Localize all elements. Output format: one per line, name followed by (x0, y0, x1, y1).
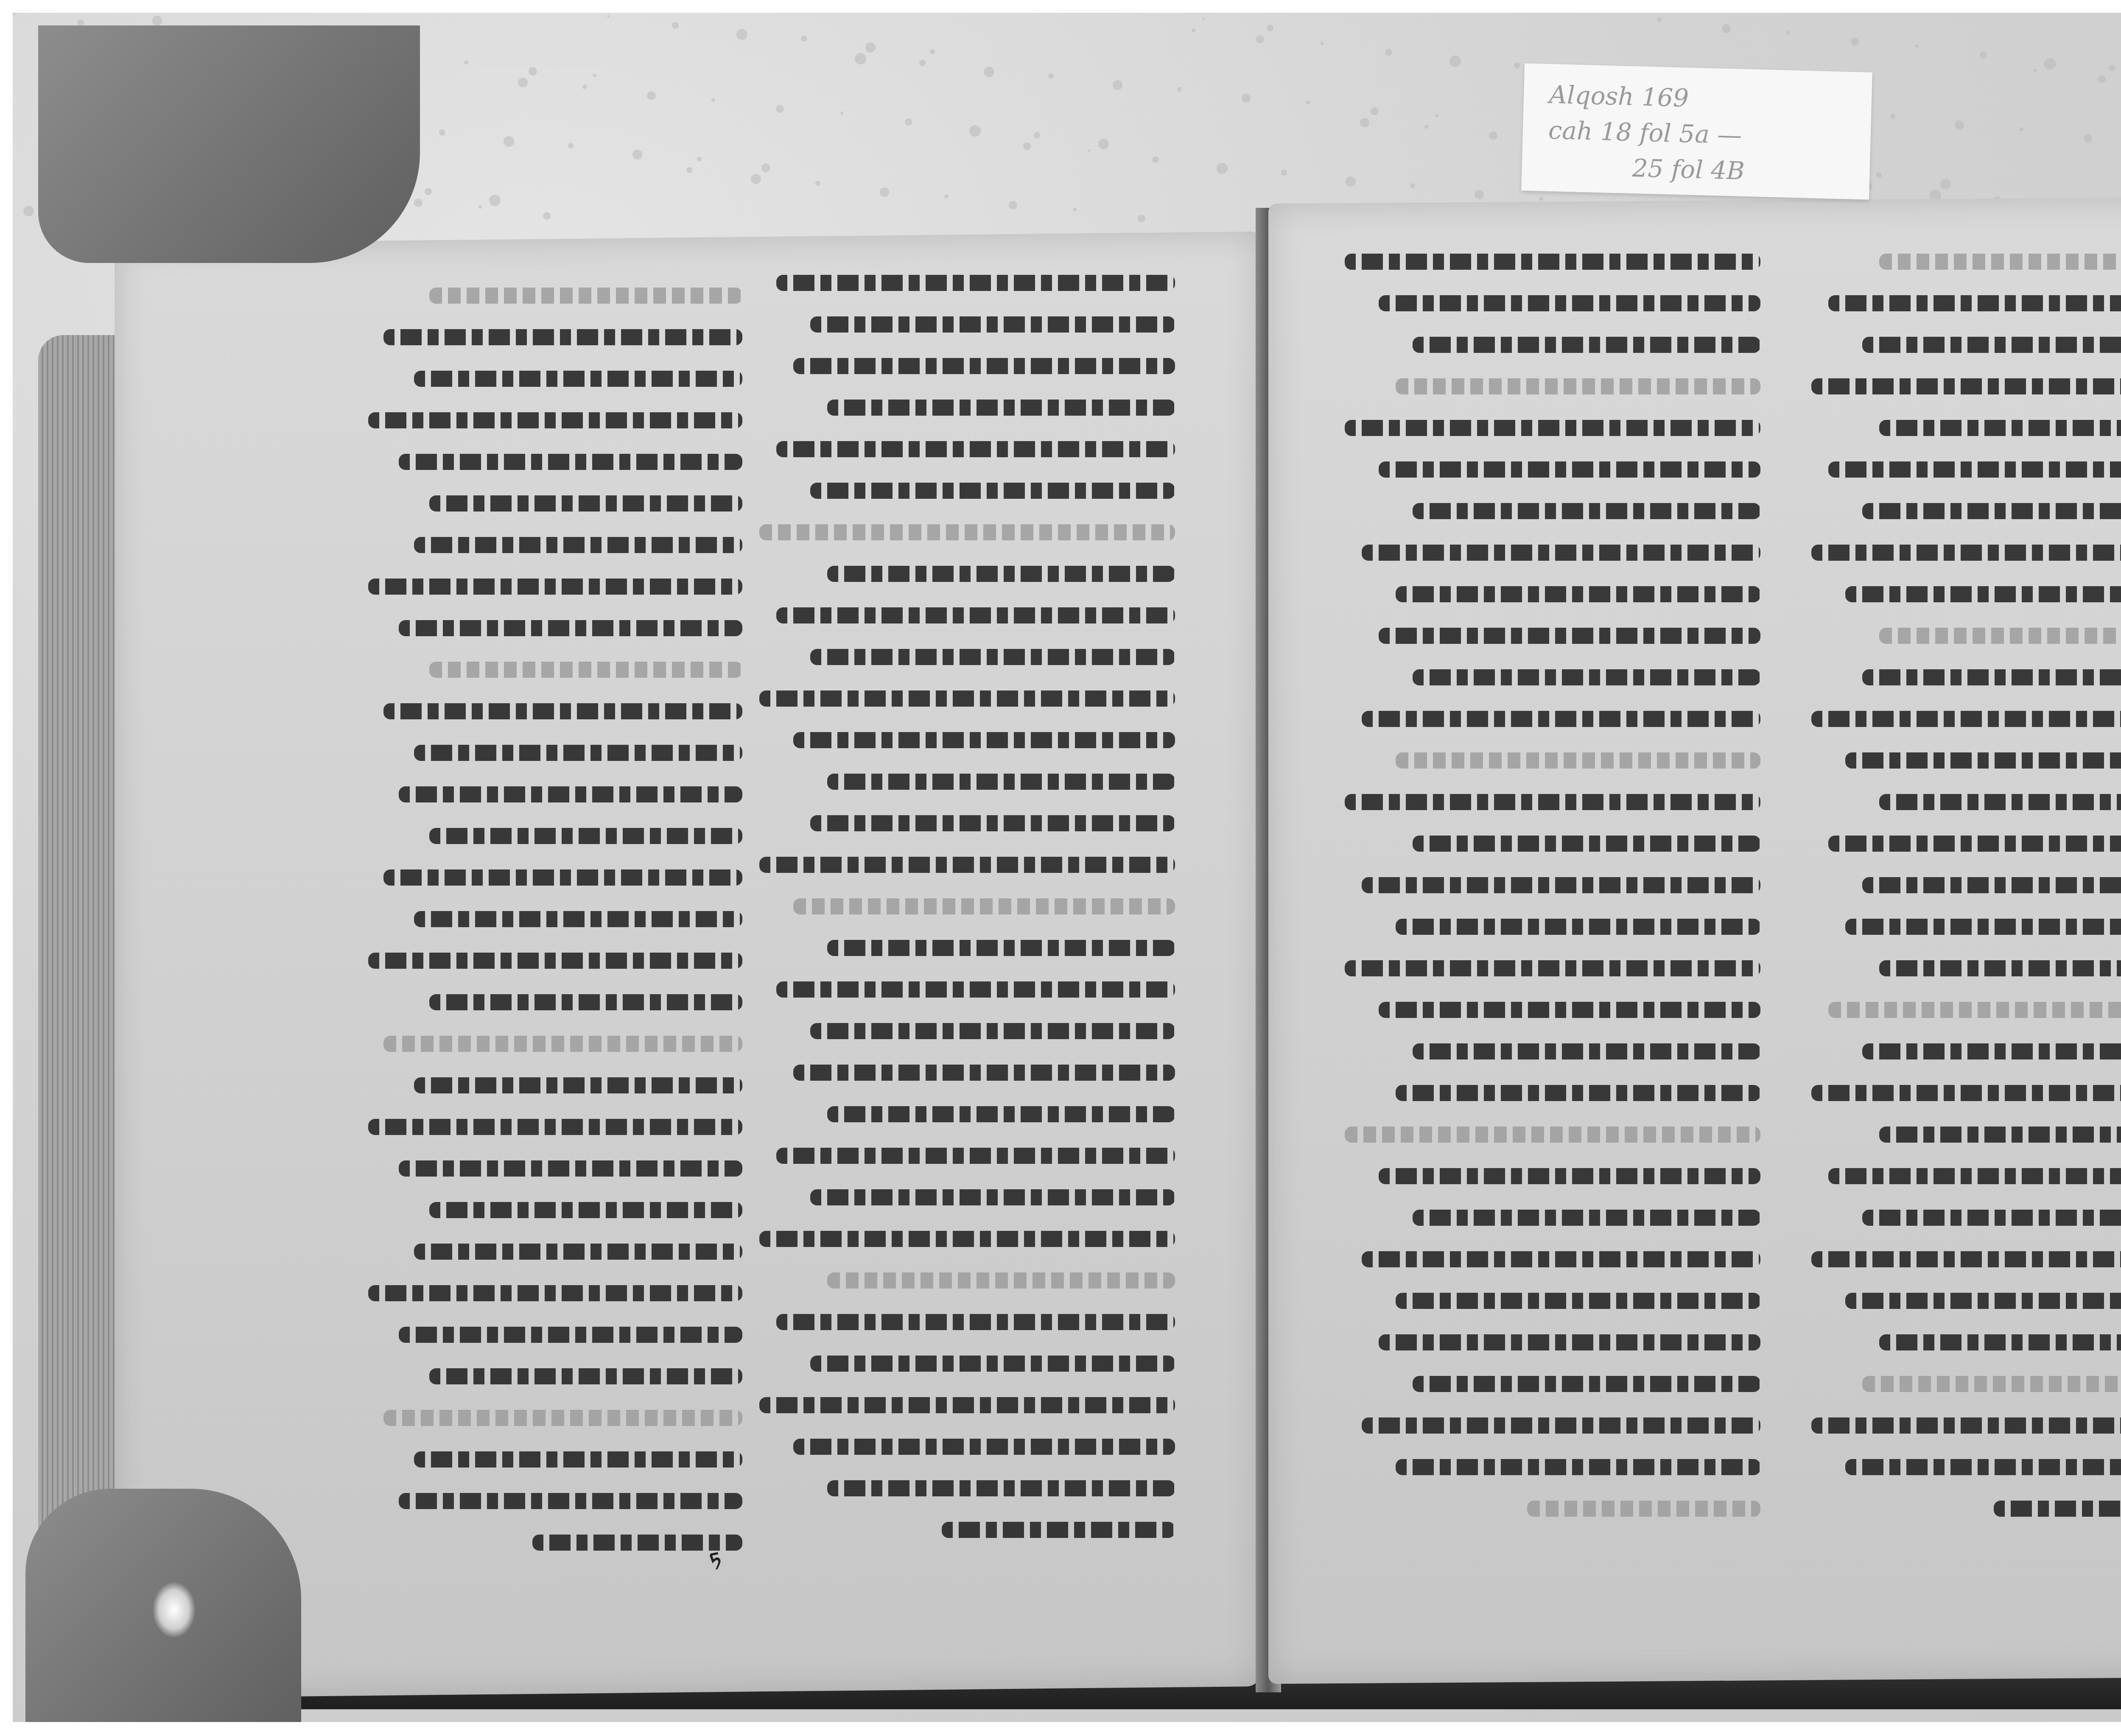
script-text (1862, 669, 2121, 685)
stone-texture-speck (1113, 80, 1122, 90)
script-text (429, 1368, 742, 1384)
stone-texture-speck (919, 60, 926, 66)
stone-texture-speck (1192, 28, 1195, 32)
script-text (1828, 295, 2121, 311)
script-line (1336, 1032, 1760, 1073)
stone-texture-speck (647, 91, 656, 100)
script-text (1845, 1459, 2121, 1475)
script-line (361, 1232, 742, 1273)
script-text (383, 869, 742, 886)
script-line (751, 1344, 1175, 1385)
script-text (1396, 1293, 1760, 1309)
script-line (1336, 865, 1760, 907)
script-line (361, 567, 742, 608)
script-text (776, 607, 1175, 623)
script-text (776, 441, 1175, 457)
script-text (827, 1480, 1175, 1496)
stone-texture-speck (1177, 87, 1182, 92)
script-text (399, 454, 742, 470)
script-line (361, 276, 742, 317)
script-text (399, 620, 742, 636)
script-line (751, 1302, 1175, 1344)
script-line (1803, 283, 2121, 325)
script-text (1862, 503, 2121, 519)
stone-texture-speck (751, 174, 761, 184)
script-line (1803, 1447, 2121, 1489)
stone-texture-speck (1980, 51, 1987, 59)
script-text (1396, 586, 1760, 602)
script-line (1803, 1489, 2121, 1530)
script-text (399, 1160, 742, 1177)
script-line (751, 429, 1175, 471)
script-text (776, 1148, 1175, 1164)
script-line (1336, 741, 1760, 782)
stone-texture-speck (1009, 201, 1017, 210)
stone-texture-speck (1088, 149, 1090, 152)
script-line (361, 858, 742, 899)
script-line (361, 1273, 742, 1315)
script-text (827, 1106, 1175, 1122)
script-text (1811, 1085, 2121, 1101)
stone-texture-speck (1424, 125, 1429, 129)
script-line (1803, 1281, 2121, 1322)
script-text (1345, 1127, 1760, 1143)
stone-texture-speck (855, 53, 866, 64)
script-line (361, 774, 742, 816)
ring (153, 1582, 195, 1637)
script-line (751, 637, 1175, 679)
script-text (827, 400, 1175, 416)
script-line (751, 845, 1175, 886)
script-text (1413, 836, 1760, 852)
script-text (1379, 295, 1760, 311)
script-line (1803, 741, 2121, 782)
script-text (810, 815, 1175, 831)
script-line (751, 1011, 1175, 1053)
script-line (1336, 1239, 1760, 1281)
script-line (361, 1440, 742, 1481)
script-text (793, 732, 1175, 748)
script-text (1811, 1417, 2121, 1434)
stone-texture-speck (518, 78, 528, 87)
script-line (751, 305, 1175, 346)
stone-texture-speck (2098, 75, 2106, 83)
script-line (751, 928, 1175, 970)
script-text (1379, 628, 1760, 644)
script-text (1362, 711, 1760, 727)
script-line (751, 1136, 1175, 1177)
script-line (361, 982, 742, 1024)
right-page-column-inner (1336, 242, 1760, 1530)
script-text (1396, 752, 1760, 769)
script-line (751, 554, 1175, 595)
script-line (1803, 242, 2121, 283)
script-line (1336, 574, 1760, 616)
script-line (1803, 1406, 2121, 1447)
script-text (942, 1522, 1175, 1538)
stone-texture-speck (1435, 114, 1438, 117)
stone-texture-speck (504, 136, 514, 147)
script-line (361, 442, 742, 484)
script-text (1879, 254, 2121, 270)
script-text (1396, 1459, 1760, 1475)
script-line (1336, 1156, 1760, 1198)
script-line (1336, 1364, 1760, 1406)
stone-texture-speck (464, 60, 468, 64)
stone-texture-speck (1876, 172, 1882, 178)
script-text (383, 329, 742, 345)
stone-texture-speck (1360, 118, 1369, 127)
stone-texture-speck (865, 42, 876, 53)
stone-texture-speck (686, 167, 692, 173)
script-text (810, 316, 1175, 333)
script-line (361, 1065, 742, 1107)
script-line (361, 899, 742, 941)
script-text (1345, 254, 1760, 270)
script-line (1803, 1073, 2121, 1115)
stone-texture-speck (1306, 101, 1310, 104)
script-line (361, 1315, 742, 1356)
script-line (1336, 1115, 1760, 1156)
script-line (1803, 865, 2121, 907)
script-text (368, 1285, 742, 1301)
script-text (1879, 420, 2121, 436)
script-line (1803, 1032, 2121, 1073)
script-text (383, 1410, 742, 1426)
stone-texture-speck (425, 188, 432, 195)
stone-texture-speck (529, 67, 537, 75)
script-text (414, 1077, 742, 1093)
stone-texture-speck (672, 22, 679, 29)
stone-texture-speck (1321, 42, 1324, 45)
stone-texture-speck (568, 143, 574, 148)
script-text (1379, 461, 1760, 478)
script-text (1811, 711, 2121, 727)
script-line (1803, 491, 2121, 533)
script-text (1413, 1210, 1760, 1226)
script-line (361, 608, 742, 650)
hand-top-left (38, 25, 420, 263)
stone-texture-speck (1489, 131, 1497, 140)
script-line (1336, 699, 1760, 741)
script-text (414, 1451, 742, 1468)
script-text (759, 1231, 1175, 1247)
photograph: ܟ Alqosh 169 cah 18 fol 5a — 25 fol 4B (13, 13, 2121, 1722)
script-line (751, 970, 1175, 1011)
script-text (368, 412, 742, 428)
script-line (1803, 1156, 2121, 1198)
script-line (751, 1094, 1175, 1136)
script-text (383, 1036, 742, 1052)
script-text (1396, 919, 1760, 935)
script-text (827, 1272, 1175, 1289)
script-text (1828, 836, 2121, 852)
script-line (1803, 574, 2121, 616)
script-text (759, 524, 1175, 540)
script-line (1803, 1364, 2121, 1406)
stone-texture-speck (489, 195, 501, 206)
script-text (414, 537, 742, 553)
script-line (1803, 907, 2121, 948)
stone-texture-speck (1539, 197, 1543, 201)
stone-texture-speck (593, 74, 596, 77)
script-text (1413, 1376, 1760, 1392)
script-line (1336, 907, 1760, 948)
script-line (1803, 533, 2121, 574)
stone-texture-speck (1152, 156, 1159, 163)
script-line (1336, 242, 1760, 283)
script-text (414, 745, 742, 761)
script-text (759, 857, 1175, 873)
script-line (361, 650, 742, 691)
script-line (1336, 782, 1760, 824)
stone-texture-speck (13, 13, 15, 15)
script-text (1879, 1334, 2121, 1350)
script-text (1994, 1501, 2121, 1517)
stone-texture-speck (736, 29, 747, 40)
script-line (361, 816, 742, 858)
script-line (1803, 824, 2121, 865)
stone-texture-speck (582, 84, 587, 89)
script-text (1845, 752, 2121, 769)
script-text (810, 1356, 1175, 1372)
stone-texture-speck (815, 181, 820, 186)
stone-texture-speck (1256, 35, 1264, 43)
script-line (751, 1385, 1175, 1427)
stone-texture-speck (840, 112, 843, 115)
script-line (361, 359, 742, 400)
right-page-column-outer (1803, 242, 2121, 1530)
stone-texture-speck (439, 129, 445, 136)
script-text (810, 649, 1175, 665)
script-line (1803, 450, 2121, 491)
stone-texture-speck (761, 163, 770, 172)
script-text (793, 1065, 1175, 1081)
stone-texture-speck (543, 212, 551, 220)
script-line (1336, 450, 1760, 491)
stone-texture-speck (478, 205, 482, 209)
script-text (759, 1397, 1175, 1413)
script-line (361, 1149, 742, 1190)
label-line-3: 25 fol 4B (1547, 148, 1845, 191)
stone-texture-speck (1242, 94, 1251, 103)
stone-texture-speck (1449, 56, 1461, 67)
stone-texture-speck (880, 187, 889, 197)
script-line (361, 1481, 742, 1523)
script-text (414, 371, 742, 387)
stone-texture-speck (1023, 143, 1031, 150)
script-line (1336, 408, 1760, 450)
script-text (1845, 1293, 2121, 1309)
script-text (429, 495, 742, 512)
script-text (414, 1244, 742, 1260)
stone-texture-speck (1786, 31, 1790, 35)
stone-texture-speck (1346, 176, 1356, 187)
stone-texture-speck (2084, 134, 2092, 143)
stone-texture-speck (1098, 139, 1109, 149)
script-text (1413, 1043, 1760, 1059)
stone-texture-speck (776, 105, 784, 113)
stone-texture-speck (1410, 183, 1415, 188)
script-text (1379, 1002, 1760, 1018)
script-text (1811, 545, 2121, 561)
script-line (751, 1177, 1175, 1219)
script-text (1396, 1085, 1760, 1101)
stone-texture-speck (1138, 215, 1145, 222)
script-text (827, 566, 1175, 582)
script-line (361, 484, 742, 525)
script-text (429, 1202, 742, 1218)
script-line (1336, 325, 1760, 366)
script-text (1362, 1251, 1760, 1267)
script-line (1803, 408, 2121, 450)
script-text (827, 774, 1175, 790)
script-line (1336, 1281, 1760, 1322)
script-text (1862, 877, 2121, 893)
script-line (361, 1107, 742, 1149)
stone-texture-speck (1475, 190, 1484, 199)
script-line (361, 317, 742, 359)
script-line (1803, 1115, 2121, 1156)
script-line (1336, 1322, 1760, 1364)
script-text (1345, 960, 1760, 976)
script-text (810, 483, 1175, 499)
stone-texture-speck (984, 67, 994, 77)
stone-texture-speck (1202, 18, 1205, 20)
stone-texture-speck (23, 206, 34, 216)
script-text (1862, 1376, 2121, 1392)
script-text (399, 1327, 742, 1343)
script-line (751, 1427, 1175, 1468)
stone-texture-speck (414, 198, 423, 207)
script-line (1803, 990, 2121, 1032)
script-line (1803, 616, 2121, 657)
script-text (776, 981, 1175, 998)
stone-texture-speck (1955, 120, 1964, 130)
stone-texture-speck (1657, 17, 1662, 22)
script-text (1345, 794, 1760, 810)
script-line (361, 525, 742, 567)
stone-texture-speck (152, 16, 162, 25)
script-line (361, 1356, 742, 1398)
script-text (1379, 1334, 1760, 1350)
script-text (368, 953, 742, 969)
script-text (429, 828, 742, 844)
script-text (429, 994, 742, 1010)
script-text (1379, 1168, 1760, 1184)
script-line (1803, 366, 2121, 408)
script-text (414, 911, 742, 927)
script-line (361, 1398, 742, 1440)
stone-texture-speck (1915, 45, 1918, 48)
left-page-column-outer (361, 276, 742, 1564)
script-text (399, 1493, 742, 1509)
stone-texture-speck (1722, 24, 1731, 33)
script-text (793, 898, 1175, 914)
script-line (1803, 948, 2121, 990)
script-line (751, 595, 1175, 637)
script-line (361, 691, 742, 733)
script-line (1336, 283, 1760, 325)
script-text (793, 358, 1175, 374)
script-text (1845, 586, 2121, 602)
stone-texture-speck (711, 98, 715, 102)
stone-texture-speck (944, 194, 949, 198)
stone-texture-speck (930, 49, 935, 54)
script-line (361, 1024, 742, 1065)
script-text (429, 288, 742, 304)
stone-texture-speck (1073, 208, 1077, 211)
script-text (776, 275, 1175, 291)
stone-texture-speck (2044, 58, 2056, 70)
script-line (1803, 782, 2121, 824)
script-line (751, 679, 1175, 720)
stone-texture-speck (2034, 69, 2037, 72)
quire-catchword: ܟ (708, 1540, 722, 1569)
script-line (1803, 657, 2121, 699)
script-line (751, 803, 1175, 845)
script-text (827, 940, 1175, 956)
script-line (751, 886, 1175, 928)
script-line (1336, 657, 1760, 699)
script-line (1336, 491, 1760, 533)
script-line (361, 400, 742, 442)
stone-texture-speck (697, 157, 702, 161)
stone-texture-speck (1048, 73, 1054, 79)
stone-texture-speck (1371, 107, 1379, 115)
left-page-column-inner (751, 263, 1175, 1551)
stone-texture-speck (607, 15, 610, 18)
stone-texture-speck (1281, 170, 1287, 176)
script-text (368, 579, 742, 595)
script-line (751, 388, 1175, 429)
script-text (1862, 1043, 2121, 1059)
script-text (776, 1314, 1175, 1330)
script-text (1362, 1417, 1760, 1434)
catalog-label: Alqosh 169 cah 18 fol 5a — 25 fol 4B (1521, 63, 1872, 199)
script-line (1803, 325, 2121, 366)
script-text (1413, 669, 1760, 685)
script-text (1413, 503, 1760, 519)
script-text (1828, 1002, 2121, 1018)
stone-texture-speck (632, 150, 642, 159)
script-line (361, 1190, 742, 1232)
script-line (1336, 366, 1760, 408)
script-text (1362, 545, 1760, 561)
script-line (1336, 533, 1760, 574)
stone-texture-speck (1034, 132, 1040, 138)
script-text (1879, 960, 2121, 976)
script-text (1879, 1127, 2121, 1143)
script-line (751, 1510, 1175, 1551)
script-line (1803, 1322, 2121, 1364)
script-text (1879, 794, 2121, 810)
stone-texture-speck (2019, 127, 2023, 131)
stone-texture-speck (1514, 62, 1520, 69)
script-line (1803, 1239, 2121, 1281)
script-text (1862, 337, 2121, 353)
script-line (1803, 1198, 2121, 1239)
script-text (1362, 877, 1760, 893)
script-line (1336, 1073, 1760, 1115)
script-text (1413, 337, 1760, 353)
stone-texture-speck (2109, 65, 2115, 71)
stone-texture-speck (905, 118, 912, 126)
script-text (1828, 461, 2121, 478)
script-text (368, 1119, 742, 1135)
script-text (383, 703, 742, 719)
script-line (751, 1053, 1175, 1094)
